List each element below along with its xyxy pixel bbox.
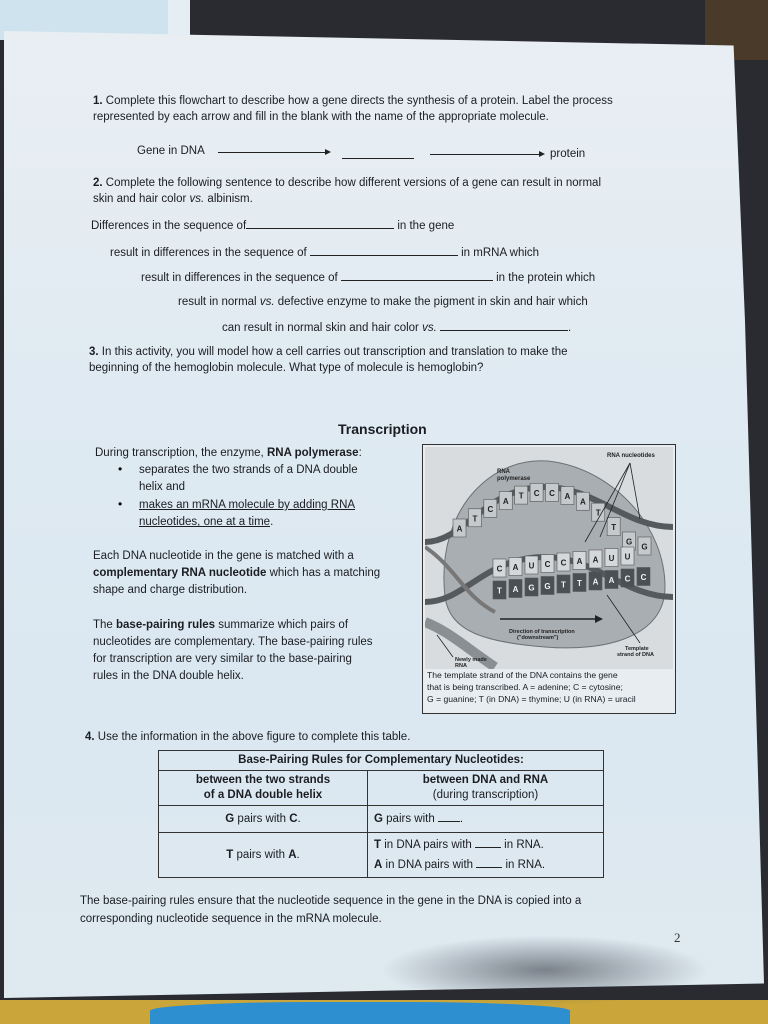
bullet-1-line1: separates the two strands of a DNA doubl…	[139, 463, 358, 478]
dna-transcription-diagram: ATCATCCAATTGG CAUCCAAUU TAGGTTAACC RNA n…	[425, 447, 673, 669]
svg-text:U: U	[609, 554, 615, 563]
svg-text:A: A	[513, 563, 519, 572]
cell-t-pairs-a: T pairs with A.	[159, 833, 368, 878]
svg-text:T: T	[472, 514, 477, 523]
question-3: 3. In this activity, you will model how …	[89, 345, 568, 360]
column-header-dna-dna: between the two strands of a DNA double …	[159, 771, 368, 806]
background-folder	[150, 1002, 570, 1024]
blank-gene-sequence[interactable]	[246, 218, 394, 229]
svg-text:A: A	[593, 556, 599, 565]
label-rna-nucleotides: RNA nucleotides	[607, 453, 655, 459]
footer-line2: corresponding nucleotide sequence in the…	[80, 912, 382, 927]
svg-text:T: T	[519, 492, 524, 501]
svg-text:A: A	[457, 525, 463, 534]
svg-text:T: T	[561, 581, 566, 590]
transcription-figure: ATCATCCAATTGG CAUCCAAUU TAGGTTAACC RNA n…	[422, 444, 676, 714]
flow-start-label: Gene in DNA	[137, 144, 205, 159]
blank-protein-sequence[interactable]	[341, 270, 493, 281]
table-title: Base-Pairing Rules for Complementary Nuc…	[159, 751, 604, 771]
svg-text:T: T	[497, 587, 502, 596]
flow-molecule-blank[interactable]	[342, 148, 414, 159]
flow-arrow-1	[218, 152, 326, 153]
bullet-1-line2: helix and	[139, 480, 185, 495]
svg-text:A: A	[577, 557, 583, 566]
svg-text:C: C	[487, 505, 493, 514]
blank-mrna-sequence[interactable]	[310, 245, 458, 256]
svg-text:C: C	[534, 489, 540, 498]
svg-text:C: C	[545, 560, 551, 569]
question-2: 2. Complete the following sentence to de…	[93, 176, 601, 191]
svg-text:A: A	[580, 498, 586, 507]
sentence-line-2: result in differences in the sequence of…	[110, 245, 539, 261]
question-4: 4. Use the information in the above figu…	[85, 730, 410, 745]
blank-a-pair[interactable]	[476, 857, 502, 868]
question-3-line2: beginning of the hemoglobin molecule. Wh…	[89, 361, 483, 376]
svg-text:C: C	[549, 489, 555, 498]
background-paper-edge	[168, 0, 190, 40]
svg-text:C: C	[497, 565, 503, 574]
svg-text:A: A	[609, 576, 615, 585]
cell-t-a-pairs-blank: T in DNA pairs with in RNA. A in DNA pai…	[368, 833, 604, 878]
sentence-line-5: can result in normal skin and hair color…	[222, 320, 571, 336]
para-nucleotide-line3: shape and charge distribution.	[93, 583, 247, 598]
column-header-dna-rna: between DNA and RNA (during transcriptio…	[368, 771, 604, 806]
svg-text:C: C	[641, 573, 647, 582]
para-nucleotide-line1: Each DNA nucleotide in the gene is match…	[93, 549, 354, 564]
svg-text:T: T	[577, 579, 582, 588]
svg-text:G: G	[641, 543, 647, 552]
svg-text:G: G	[544, 582, 550, 591]
para-base-pairing-line2: nucleotides are complementary. The base-…	[93, 635, 373, 650]
flow-end-label: protein	[550, 147, 585, 162]
bullet-2-line2: nucleotides, one at a time.	[139, 515, 273, 530]
para-base-pairing-line3: for transcription are very similar to th…	[93, 652, 352, 667]
svg-text:U: U	[625, 553, 631, 562]
table-row: G pairs with C. G pairs with .	[159, 806, 604, 833]
svg-text:A: A	[503, 497, 509, 506]
transcription-intro: During transcription, the enzyme, RNA po…	[95, 446, 362, 461]
bullet-icon: •	[118, 462, 122, 476]
svg-text:A: A	[513, 585, 519, 594]
question-2-line2: skin and hair color vs. albinism.	[93, 192, 253, 207]
page-number: 2	[674, 930, 681, 946]
blank-g-pair[interactable]	[438, 811, 460, 822]
label-rna-polymerase: RNA	[497, 469, 511, 475]
cell-g-pairs-c: G pairs with C.	[159, 806, 368, 833]
base-pairing-table: Base-Pairing Rules for Complementary Nuc…	[158, 750, 604, 878]
label-template-strand: strand of DNA	[617, 652, 654, 658]
bullet-icon: •	[118, 497, 122, 511]
sentence-line-3: result in differences in the sequence of…	[141, 270, 595, 286]
cell-g-pairs-blank: G pairs with .	[368, 806, 604, 833]
svg-text:C: C	[625, 575, 631, 584]
footer-line1: The base-pairing rules ensure that the n…	[80, 894, 581, 909]
bullet-2-line1: makes an mRNA molecule by adding RNA	[139, 498, 355, 513]
flow-arrow-2	[430, 154, 540, 155]
sentence-line-4: result in normal vs. defective enzyme to…	[178, 295, 588, 310]
section-title-transcription: Transcription	[338, 421, 427, 437]
para-base-pairing-line4: rules in the DNA double helix.	[93, 669, 244, 684]
svg-text:T: T	[611, 523, 616, 532]
svg-text:G: G	[626, 538, 632, 547]
svg-text:A: A	[565, 492, 571, 501]
svg-text:A: A	[593, 578, 599, 587]
label-direction: ("downstream")	[517, 635, 558, 641]
sentence-line-1: Differences in the sequence of in the ge…	[91, 218, 454, 234]
table-row: T pairs with A. T in DNA pairs with in R…	[159, 833, 604, 878]
svg-text:C: C	[561, 559, 567, 568]
figure-caption: The template strand of the DNA contains …	[427, 669, 673, 705]
shadow	[380, 935, 710, 1005]
svg-text:U: U	[529, 562, 535, 571]
question-1: 1. Complete this flowchart to describe h…	[93, 94, 613, 109]
blank-albinism[interactable]	[440, 320, 568, 331]
para-nucleotide-line2: complementary RNA nucleotide which has a…	[93, 566, 380, 581]
blank-t-pair[interactable]	[475, 837, 501, 848]
para-base-pairing-line1: The base-pairing rules summarize which p…	[93, 618, 348, 633]
svg-text:G: G	[528, 584, 534, 593]
question-1-line2: represented by each arrow and fill in th…	[93, 110, 549, 125]
label-rna-polymerase: polymerase	[497, 476, 531, 482]
